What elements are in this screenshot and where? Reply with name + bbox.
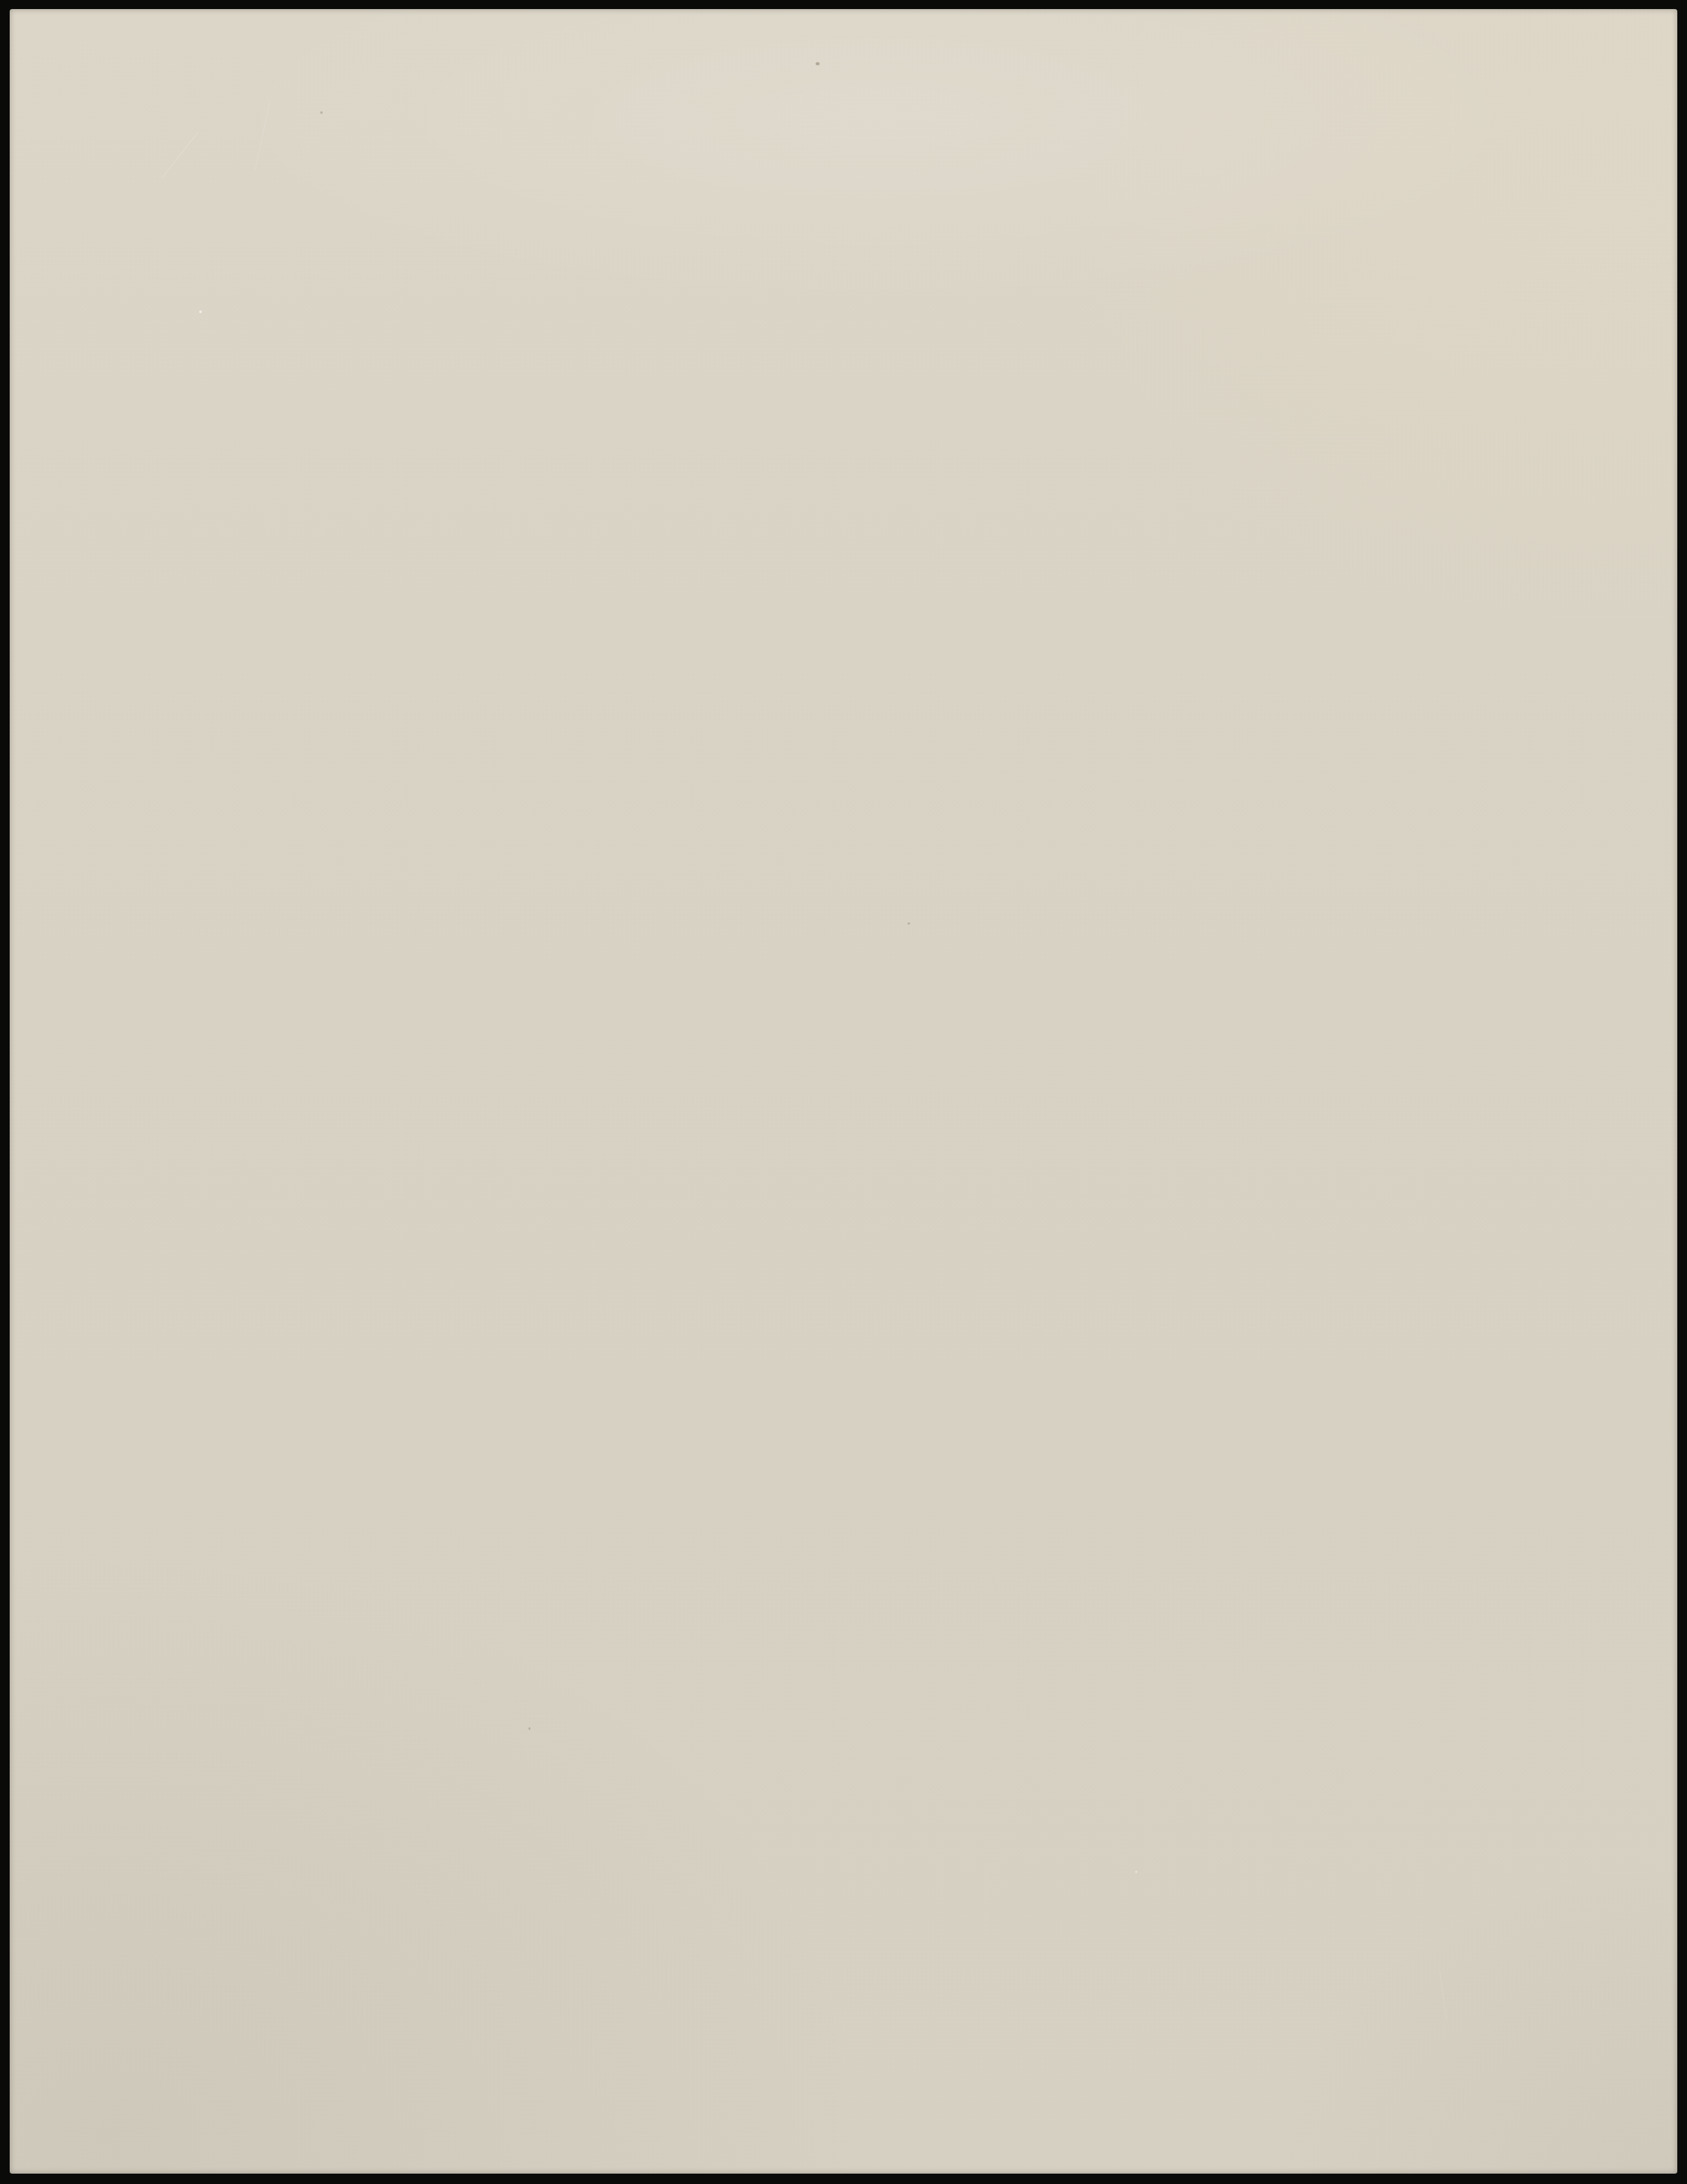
paper-scratch [255, 100, 271, 170]
dust-speck [199, 311, 202, 313]
dust-speck [1135, 1871, 1137, 1873]
blank-paper-page [10, 9, 1677, 2174]
paper-scratch [1439, 1969, 1447, 2021]
dust-speck [816, 62, 820, 65]
dust-speck [528, 1727, 530, 1730]
scanner-black-border [0, 0, 1687, 2184]
paper-scratch [161, 131, 199, 179]
dust-speck [908, 923, 910, 924]
dust-speck [320, 111, 323, 114]
